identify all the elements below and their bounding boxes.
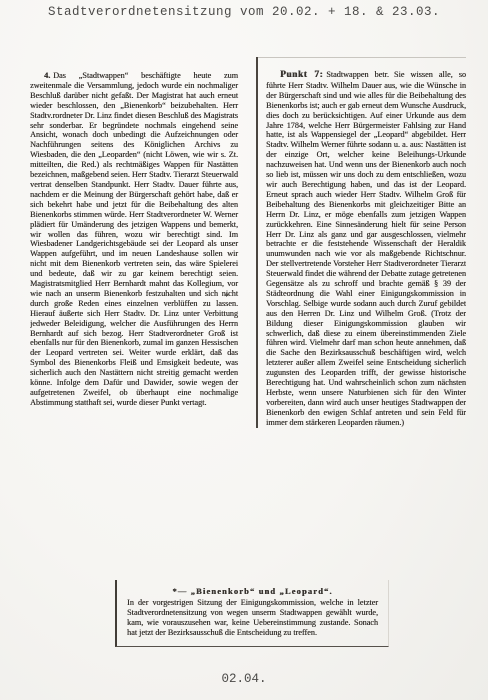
notice-box-text: In der vorgestrigen Sitzung der Einigung…: [127, 598, 378, 638]
article-column-right: Punkt 7:Stadtwappen betr.Sie wissen alle…: [256, 57, 466, 428]
notice-box: *— „Bienenkorb“ und „Leopard“. In der vo…: [115, 580, 389, 647]
column-top-rule: [258, 57, 466, 58]
left-article-body-text: Das „Stadtwappen“ beschäftigte heute zum…: [30, 71, 238, 407]
left-article-paragraph: 4.Das „Stadtwappen“ beschäftigte heute z…: [30, 71, 238, 408]
notice-box-heading: *— „Bienenkorb“ und „Leopard“.: [127, 587, 378, 596]
article-columns: 4.Das „Stadtwappen“ beschäftigte heute z…: [30, 57, 466, 577]
scanned-newspaper-clipping: Stadtverordnetensitzung vom 20.02. + 18.…: [0, 0, 488, 700]
right-article-subject: Stadtwappen betr.: [326, 70, 389, 79]
right-article-heading: Punkt 7:: [280, 70, 323, 80]
left-article-item-number: 4.: [44, 71, 50, 80]
right-article-paragraph: Punkt 7:Stadtwappen betr.Sie wissen alle…: [266, 70, 466, 428]
article-column-left: 4.Das „Stadtwappen“ beschäftigte heute z…: [30, 57, 238, 408]
right-article-body-text: Sie wissen alle, so führte Herr Stadtv. …: [266, 70, 466, 427]
typed-session-date-line: Stadtverordnetensitzung vom 20.02. + 18.…: [0, 5, 488, 19]
typed-footer-date: 02.04.: [0, 672, 488, 686]
margin-asterisk-mark: *: [224, 292, 229, 303]
